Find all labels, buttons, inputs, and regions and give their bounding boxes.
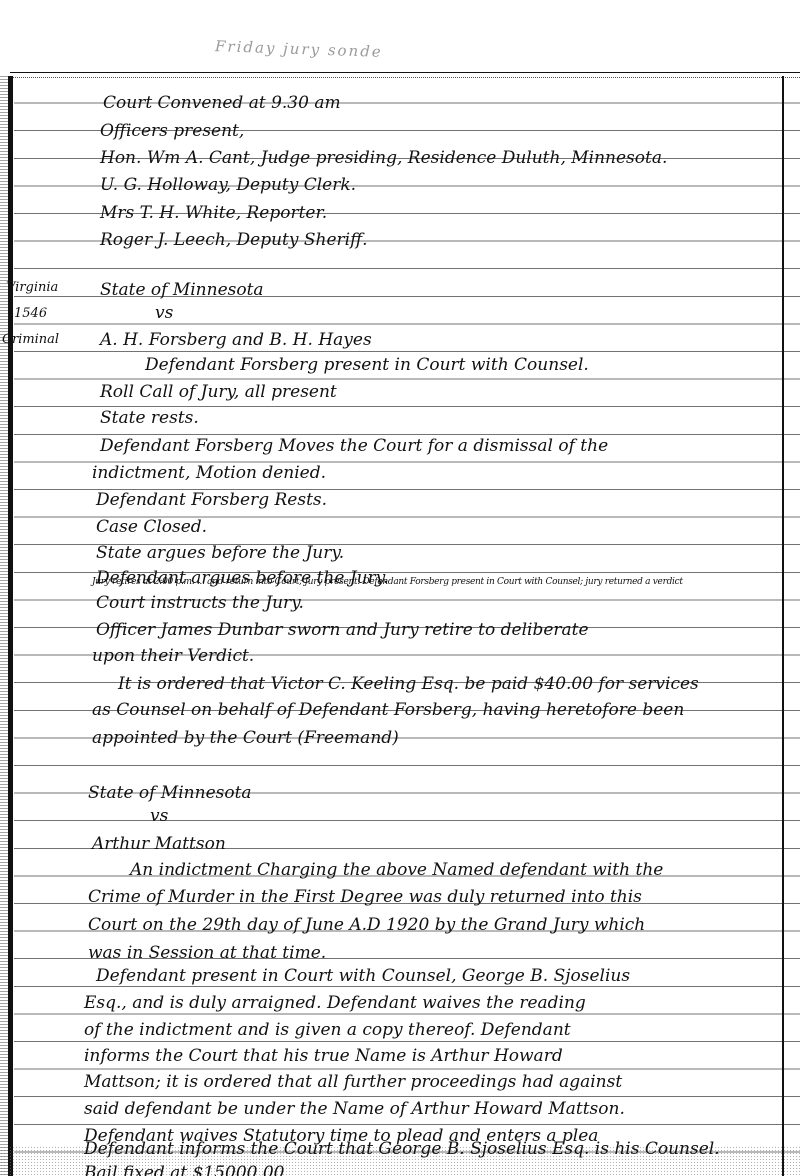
- record-line: U. G. Holloway, Deputy Clerk.: [100, 175, 356, 195]
- margin-note: 1546: [14, 306, 47, 321]
- record-line: Arthur Mattson: [92, 834, 226, 854]
- margin-note: Criminal: [2, 332, 59, 347]
- record-line: Defendant present in Court with Counsel,…: [96, 966, 630, 986]
- record-line: Mattson; it is ordered that all further …: [84, 1072, 622, 1092]
- record-line: State of Minnesota: [88, 783, 252, 803]
- record-line: Case Closed.: [96, 517, 207, 537]
- record-line: State rests.: [100, 408, 199, 428]
- record-line: of the indictment and is given a copy th…: [84, 1020, 571, 1040]
- margin-note: Virginia: [6, 280, 58, 295]
- record-line: An indictment Charging the above Named d…: [130, 860, 663, 880]
- record-line: Crime of Murder in the First Degree was …: [88, 887, 642, 907]
- record-line: State of Minnesota: [100, 280, 264, 300]
- record-line: State argues before the Jury.: [96, 543, 344, 563]
- record-line: as Counsel on behalf of Defendant Forsbe…: [92, 700, 684, 720]
- record-line: indictment, Motion denied.: [92, 463, 326, 483]
- record-line: Defendant Forsberg Moves the Court for a…: [100, 436, 608, 456]
- record-line: Court instructs the Jury.: [96, 593, 304, 613]
- page-header-note: Friday jury sonde: [215, 37, 383, 61]
- record-line: Mrs T. H. White, Reporter.: [100, 203, 327, 223]
- record-line: vs: [155, 303, 173, 323]
- record-line: Esq., and is duly arraigned. Defendant w…: [84, 993, 586, 1013]
- left-margin-bar: [8, 76, 13, 1176]
- right-margin-rule: [782, 76, 784, 1176]
- record-line: A. H. Forsberg and B. H. Hayes: [100, 330, 372, 350]
- record-line: Court on the 29th day of June A.D 1920 b…: [88, 915, 645, 935]
- record-line: vs: [150, 806, 168, 826]
- scan-edge-noise: [0, 76, 8, 1176]
- record-line: Officers present,: [100, 121, 244, 141]
- record-line: Roll Call of Jury, all present: [100, 382, 337, 402]
- record-line: Roger J. Leech, Deputy Sheriff.: [100, 230, 368, 250]
- record-line: informs the Court that his true Name is …: [84, 1046, 563, 1066]
- record-line: Defendant Forsberg Rests.: [96, 490, 327, 510]
- ledger-page: Friday jury sonde Virginia1546Criminal C…: [0, 0, 800, 1176]
- record-line: appointed by the Court (Freemand): [92, 728, 399, 748]
- record-line: Court Convened at 9.30 am: [103, 93, 341, 113]
- record-line: upon their Verdict.: [92, 646, 254, 666]
- record-line: Officer James Dunbar sworn and Jury reti…: [96, 620, 589, 640]
- record-line: Bail fixed at $15000.00: [84, 1163, 284, 1176]
- interlinear-note: Jury retires at 2:00 p.m. ... and return…: [92, 577, 683, 587]
- record-line: It is ordered that Victor C. Keeling Esq…: [118, 674, 699, 694]
- record-line: was in Session at that time.: [88, 943, 326, 963]
- record-line: Defendant informs the Court that George …: [84, 1139, 720, 1159]
- record-line: said defendant be under the Name of Arth…: [84, 1099, 625, 1119]
- record-line: Hon. Wm A. Cant, Judge presiding, Reside…: [100, 148, 667, 168]
- record-line: Defendant Forsberg present in Court with…: [145, 355, 589, 375]
